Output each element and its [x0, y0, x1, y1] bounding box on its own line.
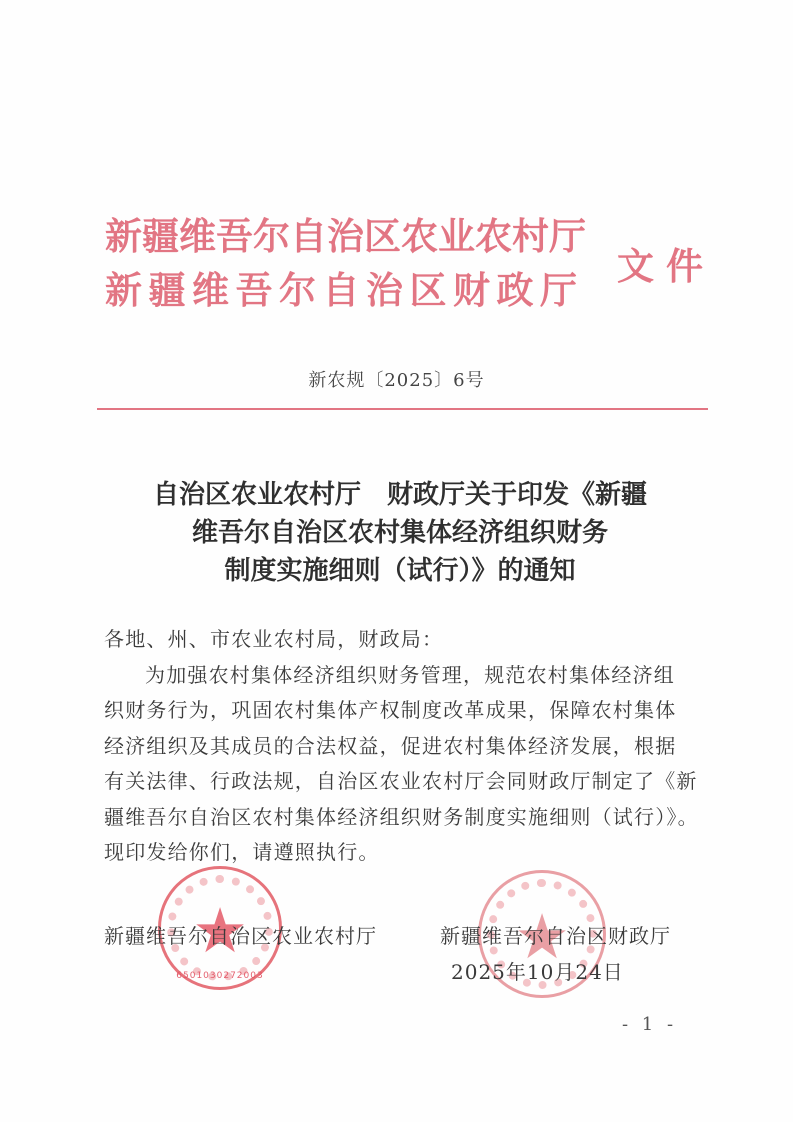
document-label: 文件: [617, 244, 715, 288]
body-line: 有关法律、行政法规，自治区农业农村厅会同财政厅制定了《新: [104, 764, 704, 800]
signature-finance-dept: 新疆维吾尔自治区财政厅: [440, 920, 671, 949]
body-line: 织财务行为，巩固农村集体产权制度改革成果，保障农村集体: [104, 693, 704, 729]
red-divider: [97, 408, 708, 410]
body-line: 疆维吾尔自治区农村集体经济组织财务制度实施细则（试行）》。: [104, 800, 704, 836]
issuer-header: 新疆维吾尔自治区农业农村厅 新疆维吾尔自治区财政厅 文件: [105, 214, 705, 324]
issuer-finance-dept: 新疆维吾尔自治区财政厅: [105, 268, 584, 312]
body-line: 为加强农村集体经济组织财务管理，规范农村集体经济组: [104, 658, 704, 694]
title-line-2: 维吾尔自治区农村集体经济组织财务: [90, 514, 710, 552]
issuer-agriculture-dept: 新疆维吾尔自治区农业农村厅: [105, 214, 586, 258]
document-title: 自治区农业农村厅 财政厅关于印发《新疆 维吾尔自治区农村集体经济组织财务 制度实…: [90, 476, 710, 590]
title-line-1: 自治区农业农村厅 财政厅关于印发《新疆: [90, 476, 710, 514]
title-line-3: 制度实施细则（试行）》的通知: [90, 552, 710, 590]
signature-agriculture-dept: 新疆维吾尔自治区农业农村厅: [104, 920, 377, 949]
body-line: 经济组织及其成员的合法权益，促进农村集体经济发展，根据: [104, 729, 704, 765]
seal-code: 6501030272003: [176, 971, 263, 981]
document-body: 各地、州、市农业农村局，财政局： 为加强农村集体经济组织财务管理，规范农村集体经…: [104, 622, 704, 871]
page-number: - 1 -: [622, 1014, 677, 1035]
document-page: 新疆维吾尔自治区农业农村厅 新疆维吾尔自治区财政厅 文件 新农规〔2025〕6号…: [0, 0, 793, 1122]
signature-date: 2025年10月24日: [451, 956, 624, 985]
body-line: 现印发给你们，请遵照执行。: [104, 835, 704, 871]
salutation: 各地、州、市农业农村局，财政局：: [104, 622, 704, 658]
document-number: 新农规〔2025〕6号: [0, 366, 793, 392]
